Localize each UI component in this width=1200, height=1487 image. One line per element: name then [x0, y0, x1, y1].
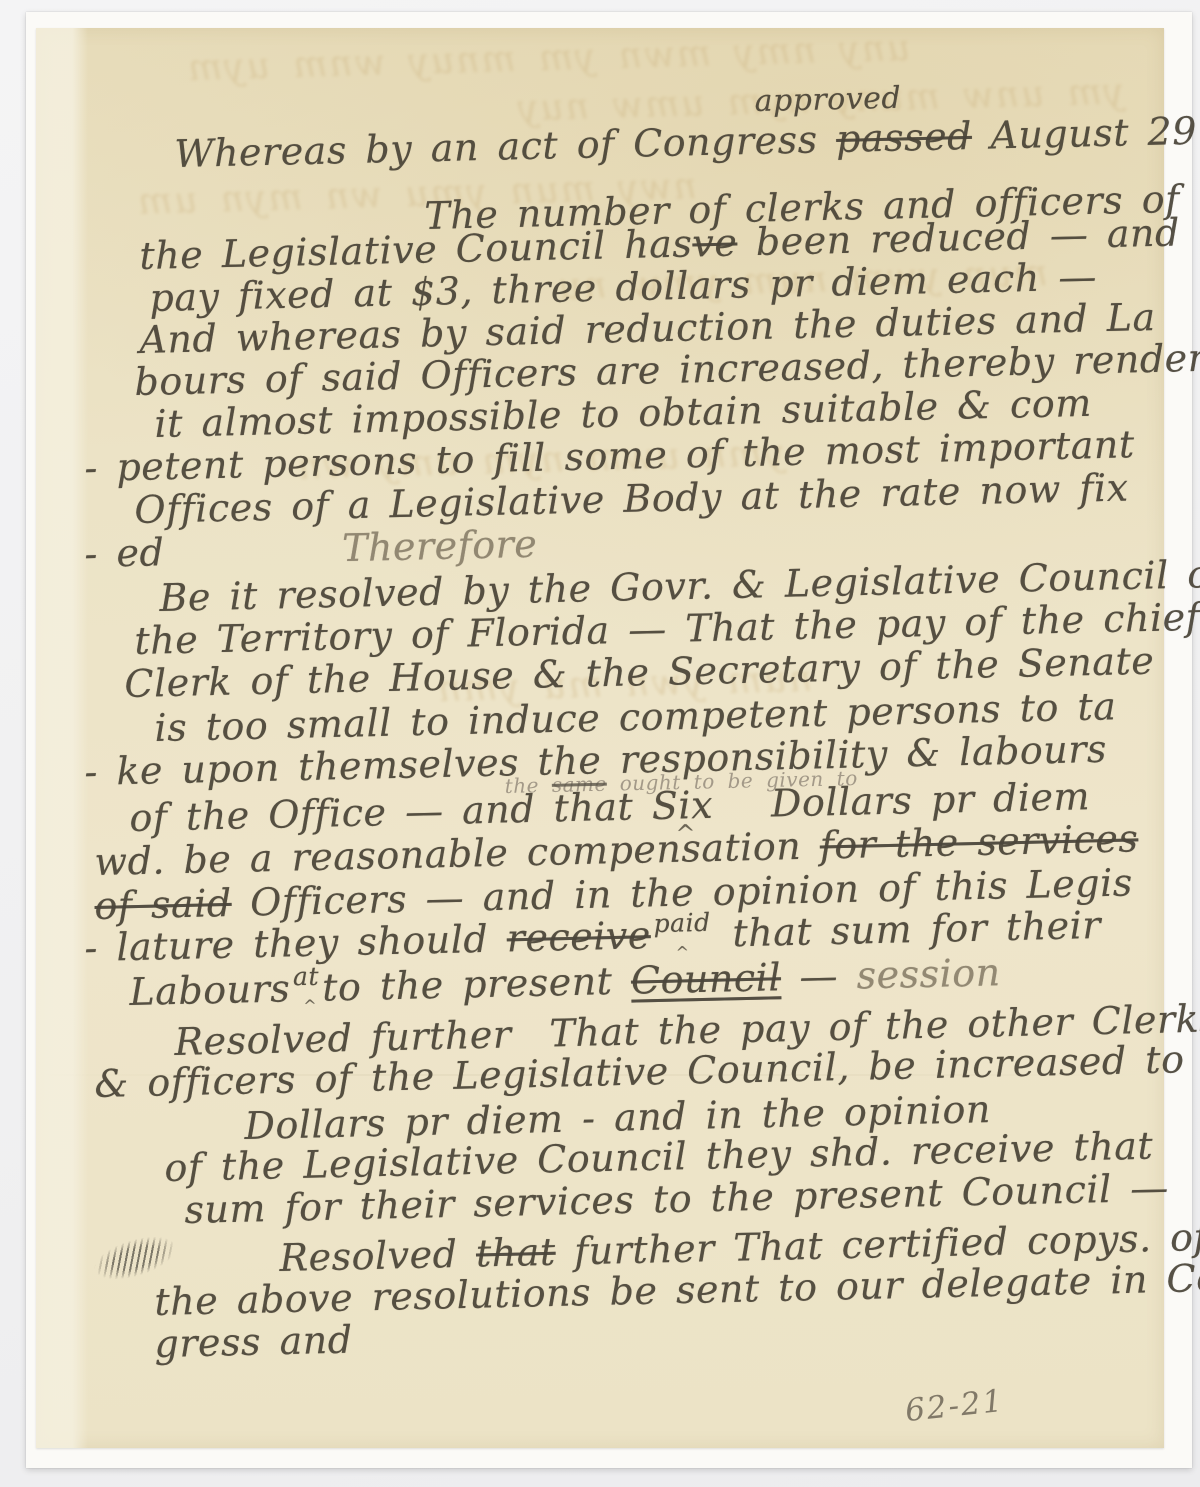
manuscript-page: uny nmy mwn ym mnuy wnm uymym unw muny n…: [36, 28, 1164, 1448]
archival-number: 62-21: [903, 1383, 1006, 1429]
text-line: approved: [754, 81, 901, 119]
ink-smudge: [90, 1229, 181, 1288]
page-edge-strip: [36, 28, 88, 1448]
scanner-background: uny nmy mwn ym mnuy wnm uymym unw muny n…: [0, 0, 1200, 1487]
text-line: gress and: [154, 1318, 353, 1366]
text-line: - edTherefore: [84, 522, 538, 576]
